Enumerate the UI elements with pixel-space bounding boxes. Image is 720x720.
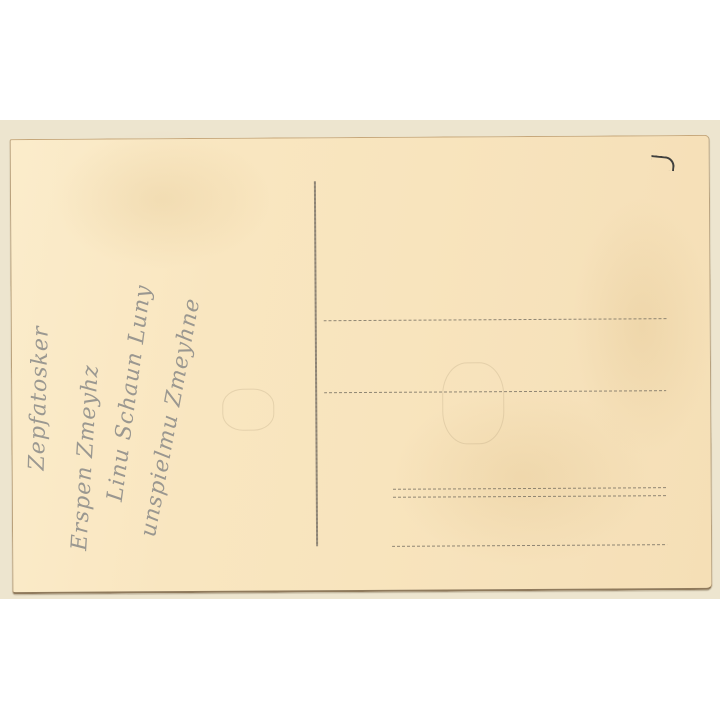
center-divider-line: [314, 181, 318, 546]
postcard-back: Zepfatosker Erspen Zmeyhz Linu Schaun Lu…: [10, 135, 713, 594]
show-through-mark: [222, 389, 274, 431]
show-through-mark: [442, 362, 504, 444]
paper-stain: [51, 129, 272, 270]
handwriting-line-2: Erspen Zmeyhz: [67, 364, 104, 552]
handwriting-line-1: Zepfatosker: [25, 325, 54, 471]
paper-stain: [571, 196, 713, 457]
pen-corner-mark: [650, 155, 675, 171]
